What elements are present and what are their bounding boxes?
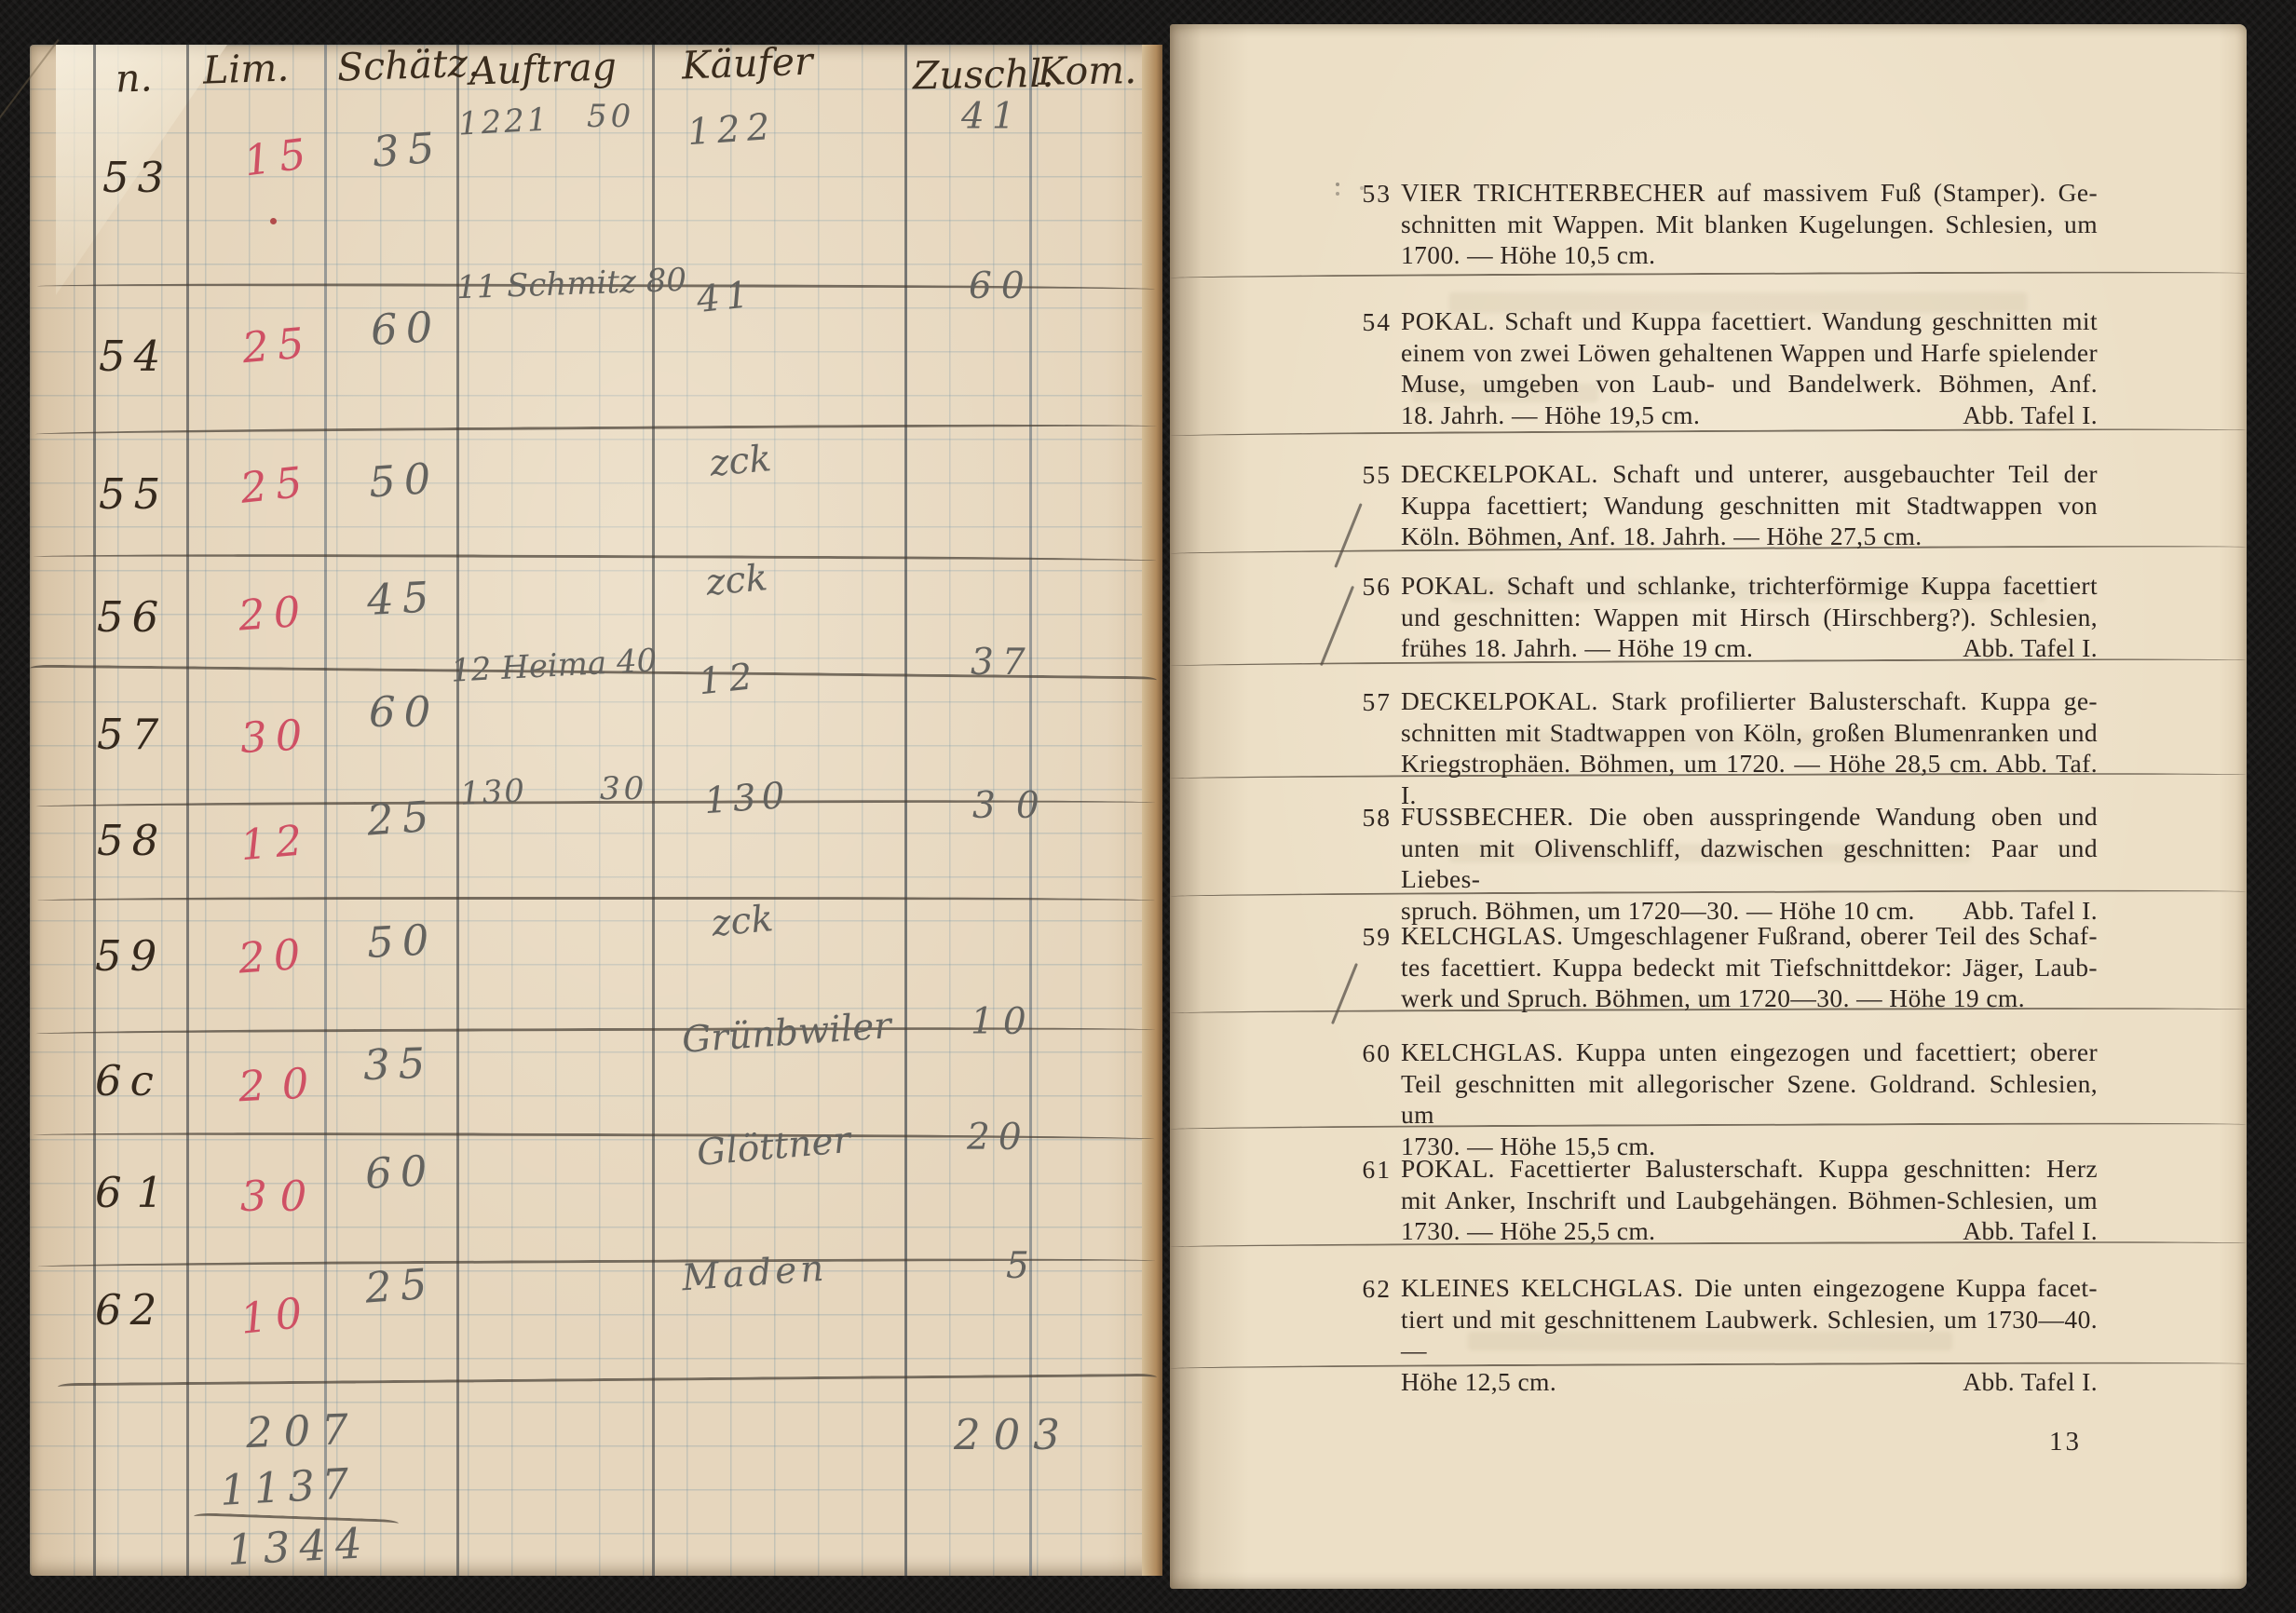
ledger-header-no: n. (115, 59, 153, 98)
entry-line: werk und Spruch. Böhmen, um 1720—30. — H… (1401, 983, 2025, 1014)
cell-lim: 20 (238, 932, 310, 979)
entry-line: VIER TRICHTERBECHER auf massivem Fuß (St… (1401, 177, 2098, 209)
row-separator (34, 553, 1157, 564)
entry-line: FUSSBECHER. Die oben ausspringende Wandu… (1401, 801, 2098, 833)
cell-no: 62 (95, 1289, 165, 1331)
page-edge-right (1142, 45, 1162, 1576)
cell-schaetz: 35 (372, 126, 444, 172)
cell-no: 53 (102, 156, 172, 198)
catalog-entry-57: 57 DECKELPOKAL. Stark profilierter Balus… (1401, 685, 2098, 810)
catalog-entry-55: 55 DECKELPOKAL. Schaft und unterer, ausg… (1401, 458, 2098, 552)
entry-line: KELCHGLAS. Kuppa unten eingezogen und fa… (1401, 1037, 2098, 1068)
ledger-header-kaeufer: Käufer (681, 43, 813, 86)
catalog-entry-54: 54 POKAL. Schaft und Kuppa facettiert. W… (1401, 305, 2098, 430)
entry-number: 56 (1343, 571, 1392, 603)
cell-no: 61 (95, 1172, 178, 1213)
total-sum: 1344 (226, 1522, 373, 1571)
cell-kaeufer: zck (704, 560, 768, 602)
catalog-entry-62: 62 KLEINES KELCHGLAS. Die unten eingezog… (1401, 1272, 2098, 1397)
entry-line: unten mit Olivenschliff, dazwischen gesc… (1401, 833, 2098, 895)
entry-number: 57 (1343, 686, 1392, 718)
entry-line: 1700. — Höhe 10,5 cm. (1401, 239, 1655, 271)
cell-lim: 10 (238, 1291, 313, 1340)
entry-number: 55 (1343, 459, 1392, 491)
ledger-header-schaetz: Schätz. (336, 44, 480, 87)
cell-zuschl: 20 (967, 1119, 1030, 1156)
ledger-header-zuschl: Zuschl. (913, 55, 1054, 96)
ledger-header-kom: Kom. (1038, 51, 1137, 91)
cell-lim: 30 (240, 1175, 319, 1217)
entry-line: schnitten mit Stadtwappen von Köln, groß… (1401, 717, 2098, 749)
cell-no: 54 (99, 335, 169, 377)
row-separator (37, 1257, 1155, 1270)
cell-no: 55 (99, 473, 169, 515)
cell-kaeufer: Grünbwiler (681, 1008, 892, 1059)
column-rule (186, 45, 189, 1576)
catalog-entry-58: 58 FUSSBECHER. Die oben ausspringende Wa… (1401, 801, 2098, 926)
book-scan: n. Lim. Schätz. Auftrag Käufer Zuschl. K… (0, 0, 2296, 1613)
entry-plate-ref: Abb. Tafel I. (1963, 632, 2098, 664)
entry-line: 1730. — Höhe 25,5 cm. (1401, 1215, 1655, 1247)
catalog-page: 53 VIER TRICHTERBECHER auf massivem Fuß … (1170, 24, 2247, 1589)
total-sum: 207 (245, 1408, 360, 1454)
page-number: 13 (2049, 1427, 2082, 1457)
cell-zuschl: 5 (1006, 1248, 1029, 1284)
cell-lim: 25 (238, 460, 313, 509)
cell-zuschl: 30 (972, 788, 1060, 824)
cell-no: 6c (95, 1060, 162, 1102)
cell-auftrag: 12 Heima 40 (450, 644, 658, 687)
entry-separator (1170, 270, 2247, 280)
row-separator (37, 897, 1155, 904)
cell-schaetz: 60 (364, 1149, 437, 1195)
cell-zuschl: 37 (971, 644, 1034, 681)
cell-no: 59 (95, 935, 165, 977)
entry-line: KLEINES KELCHGLAS. Die unten eingezogene… (1401, 1272, 2098, 1304)
cell-kaeufer: 12 (697, 658, 761, 701)
entry-line: KELCHGLAS. Umgeschlagener Fußrand, obere… (1401, 920, 2098, 952)
cell-schaetz: 25 (366, 794, 439, 841)
cell-kaeufer: Glöttner (696, 1122, 852, 1172)
cell-schaetz: 50 (368, 456, 441, 503)
entry-number: 54 (1343, 306, 1392, 338)
cell-lim: 30 (239, 713, 312, 759)
entry-line: Höhe 12,5 cm. (1401, 1366, 1556, 1398)
column-rule (904, 45, 907, 1576)
cell-auftrag2: 50 (587, 101, 634, 132)
entry-number: 61 (1343, 1154, 1392, 1186)
entry-line: DECKELPOKAL. Stark profilierter Baluster… (1401, 685, 2098, 717)
cell-zuschl: 10 (971, 1004, 1036, 1040)
cell-no: 57 (97, 713, 167, 755)
cell-auftrag2: 30 (600, 773, 647, 805)
entry-number: 60 (1343, 1037, 1392, 1069)
catalog-entry-59: 59 KELCHGLAS. Umgeschlagener Fußrand, ob… (1401, 920, 2098, 1014)
cell-kaeufer: zck (710, 901, 774, 942)
entry-line: einem von zwei Löwen gehaltenen Wappen u… (1401, 337, 2098, 369)
catalog-entry-60: 60 KELCHGLAS. Kuppa unten eingezogen und… (1401, 1037, 2098, 1161)
entry-line: Teil geschnitten mit allegorischer Szene… (1401, 1068, 2098, 1131)
cell-kaeufer: zck (708, 441, 772, 482)
entry-line: Muse, umgeben von Laub- und Bandelwerk. … (1401, 368, 2098, 400)
cell-auftrag: 1221 (457, 103, 550, 140)
column-rule (324, 45, 327, 1576)
cell-schaetz: 60 (369, 691, 439, 733)
cell-schaetz: 60 (370, 305, 442, 351)
red-dot (270, 218, 277, 224)
cell-lim: 12 (238, 819, 312, 866)
entry-line: POKAL. Schaft und Kuppa facettiert. Wand… (1401, 305, 2098, 337)
entry-number: 58 (1343, 802, 1392, 834)
pencil-slash (1331, 963, 1358, 1024)
entry-line: Köln. Böhmen, Anf. 18. Jahrh. — Höhe 27,… (1401, 521, 1922, 552)
cell-no: 58 (97, 820, 167, 861)
cell-kaeufer: 122 (686, 109, 778, 152)
cell-schaetz: 25 (364, 1262, 437, 1308)
entry-number: 59 (1343, 921, 1392, 953)
cell-schaetz: 50 (366, 918, 439, 964)
entry-plate-ref: Abb. Tafel I. (1963, 400, 2098, 431)
entry-line: mit Anker, Inschrift und Laubgehängen. B… (1401, 1185, 2098, 1216)
catalog-entry-61: 61 POKAL. Facettierter Balusterschaft. K… (1401, 1153, 2098, 1247)
row-separator (58, 1374, 1157, 1390)
cell-schaetz: 45 (366, 576, 439, 621)
cell-no: 56 (97, 596, 167, 638)
total-sum: 1137 (219, 1462, 358, 1511)
entry-line: DECKELPOKAL. Schaft und unterer, ausgeba… (1401, 458, 2098, 490)
ledger-header-lim: Lim. (202, 48, 290, 89)
entry-line: tiert und mit geschnittenem Laubwerk. Sc… (1401, 1304, 2098, 1366)
entry-line: tes facettiert. Kuppa bedeckt mit Tiefsc… (1401, 952, 2098, 983)
ledger-header-auftrag: Auftrag (469, 47, 617, 90)
cell-zuschl: 60 (969, 268, 1034, 305)
cell-schaetz: 35 (362, 1042, 434, 1087)
cell-lim: 20 (238, 590, 310, 636)
cell-kaeufer: Maden (681, 1251, 829, 1297)
catalog-entry-53: 53 VIER TRICHTERBECHER auf massivem Fuß … (1401, 177, 2098, 271)
entry-number: 53 (1343, 178, 1392, 210)
entry-line: und geschnitten: Wappen mit Hirsch (Hirs… (1401, 602, 2098, 633)
entry-line: schnitten mit Wappen. Mit blanken Kugelu… (1401, 209, 2098, 240)
total-zuschl: 203 (954, 1414, 1073, 1456)
cell-kaeufer: 130 (703, 778, 792, 820)
column-rule (93, 45, 96, 1576)
entry-plate-ref: Abb. Tafel I. (1963, 1215, 2098, 1247)
entry-line: 18. Jahrh. — Höhe 19,5 cm. (1401, 400, 1700, 431)
entry-plate-ref: Abb. Tafel I. (1963, 1366, 2098, 1398)
cell-zuschl: 41 (961, 99, 1023, 135)
entry-line: POKAL. Schaft und schlanke, trichterförm… (1401, 570, 2098, 602)
catalog-entry-56: 56 POKAL. Schaft und schlanke, trichterf… (1401, 570, 2098, 664)
cell-auftrag: 130 (459, 775, 527, 810)
entry-number: 62 (1343, 1273, 1392, 1305)
ledger-page: n. Lim. Schätz. Auftrag Käufer Zuschl. K… (30, 45, 1162, 1576)
entry-line: Kuppa facettiert; Wandung geschnitten mi… (1401, 490, 2098, 522)
cell-lim: 20 (238, 1062, 326, 1108)
cell-lim: 15 (242, 132, 317, 183)
pencil-slash (1334, 503, 1363, 568)
cell-kaeufer: 41 (695, 277, 755, 319)
entry-line: POKAL. Facettierter Balusterschaft. Kupp… (1401, 1153, 2098, 1185)
cell-auftrag: 11 Schmitz 80 (455, 264, 686, 305)
pencil-mark (1336, 183, 1339, 186)
cell-lim: 25 (240, 321, 314, 369)
entry-line: frühes 18. Jahrh. — Höhe 19 cm. (1401, 632, 1753, 664)
row-separator (35, 423, 1157, 438)
